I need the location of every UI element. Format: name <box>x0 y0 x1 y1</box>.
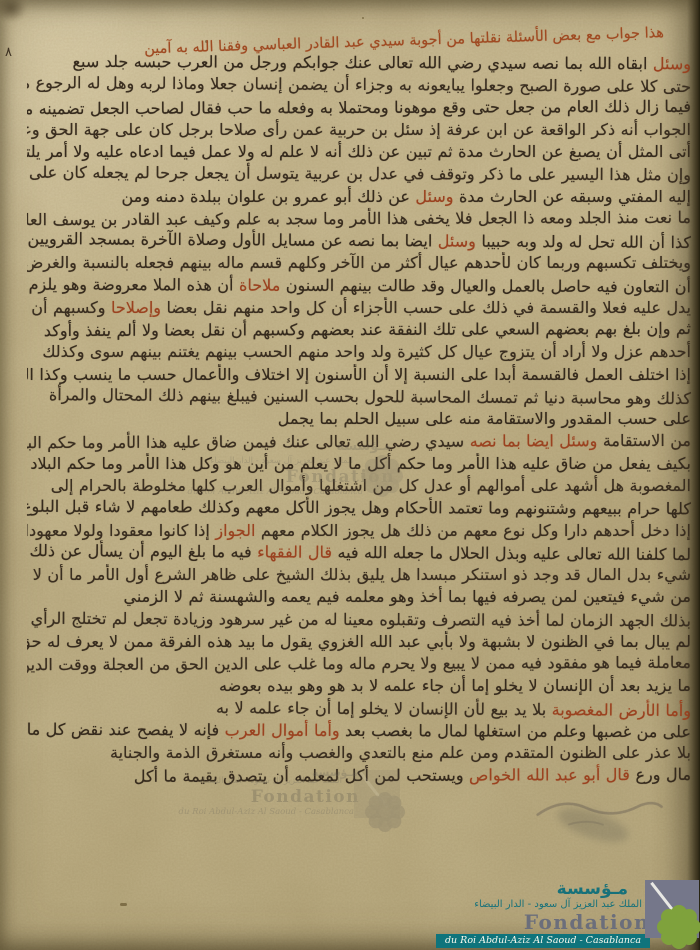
manuscript-line: معاملة فيما هو مفقود فيه ممن لا يبيع ولا… <box>27 652 691 677</box>
manuscript-line: ما يزيد بعد أن الإنسان لا يخلو إما أن جا… <box>27 675 691 697</box>
binding-edge <box>687 0 700 950</box>
manuscript-line: فيما زال ذلك العام من جعل حتى وقع موهونا… <box>27 95 691 120</box>
foundation-name-french: Fondation <box>524 910 650 934</box>
foundation-line2-french: du Roi Abdul-Aziz Al Saoud - Casablanca <box>436 934 650 948</box>
manuscript-line: وأما الأرض المغصوبة بلا يد بيع لأن الإنس… <box>27 696 691 722</box>
watermark-french-name: Fondation <box>251 787 360 807</box>
foundation-name-arabic: مـؤسسة <box>557 879 628 899</box>
manuscript-line: حتى كلا على صورة الصبح وجعلوا يبايعونه ب… <box>27 72 691 98</box>
manuscript-line: أن التعاون فيه حاصل بالعمل والعيال وقد ط… <box>27 273 691 298</box>
rosette-star-icon <box>365 792 405 832</box>
manuscript-line: إذا دخل أحدهم دارا وكل نوع معهم من ذلك ه… <box>27 520 691 542</box>
watermark-center: مـؤسسة الملك عبد العزيز آل سعود - الدار … <box>148 437 403 507</box>
manuscript-lines: وسئل ابقاه الله بما نصه سيدي رضي الله تع… <box>27 52 691 787</box>
manuscript-line: أحدهم عزل ولا أراد أن يتزوج عيال كل كثير… <box>27 341 691 363</box>
manuscript-line: ويختلف تكسبهم وربما كان لأحدهم عيال أكثر… <box>27 252 691 274</box>
watermark-arabic-line2: الملك عبد العزيز آل سعود - الدار البيضاء <box>210 456 353 466</box>
manuscript-line: كذلك وهو محاسبة دنيا ثم تمسك المحاسبة لل… <box>27 384 691 410</box>
manuscript-line: يدل عليه فعلا والقسمة في ذلك على حسب الأ… <box>27 297 691 319</box>
watermark-french-line2: du Roi Abdul-Aziz Al Saoud - Casablanca <box>188 487 363 497</box>
manuscript-line: أتى المثل أن يصبغ عن الحارث مدة ثم تبين … <box>27 141 691 163</box>
manuscript-page-scan: ٨ هذا جواب مع بعض الأسئلة نقلتها من أجوب… <box>0 0 700 950</box>
ink-speck <box>120 903 127 906</box>
rosette-star-icon <box>361 455 403 497</box>
manuscript-line: بذلك الجهد الزمان لما أخذ فيه التصرف وتق… <box>27 607 691 632</box>
ink-speck <box>362 17 364 19</box>
manuscript-line: ثم وإن بلغ بهم بعضهم السعي على تلك النفق… <box>27 318 691 343</box>
watermark-lower: مـؤسسة الملك عبد العزيز آل سعود - الدار … <box>110 768 402 840</box>
rosette-star-icon <box>657 905 700 949</box>
manuscript-line: شيء بدل المال قد وجد ذو استنكر مبسدا هل … <box>27 564 691 586</box>
folio-number: ٨ <box>5 45 12 60</box>
foundation-stamp: مـؤسسة الملك عبد العزيز آل سعود - الدار … <box>432 879 700 950</box>
manuscript-line: إليه المفتي وسبقه عن الحارث مدة وسئل عن … <box>27 186 691 208</box>
watermark-arabic-line2: الملك عبد العزيز آل سعود - الدار البيضاء <box>199 776 342 786</box>
manuscript-line: الجواب أنه ذكر الواقعة عن ابن عرفة إذ سئ… <box>27 119 691 141</box>
watermark-arabic-name: مـؤسسة <box>336 439 391 454</box>
manuscript-line: كذا أن الله تحل له ولد وبه حبيبا وسئل اي… <box>27 228 691 254</box>
watermark-french-line2: du Roi Abdul-Aziz Al Saoud - Casablanca <box>179 807 354 817</box>
manuscript-line: لما كلفنا الله تعالى عليه وبذل الحلال ما… <box>27 540 691 566</box>
manuscript-line: من شيء فيتعين لمن يصرفه فيها بما أخذ وهو… <box>27 586 691 608</box>
manuscript-line: لم يبال بما في الظنون لا بشبهة ولا بأبي … <box>27 631 691 653</box>
manuscript-line: بلا عذر على الظنون المتقدم ومن علم منع ب… <box>27 742 691 764</box>
foundation-line2-arabic: الملك عبد العزيز آل سعود - الدار البيضاء <box>474 899 642 910</box>
manuscript-line: إذا اختلف العمل فالقسمة أبدا على النسبة … <box>27 364 691 386</box>
manuscript-line: على من غصبها وعلم من استغلها لمال ما بغص… <box>27 719 691 744</box>
manuscript-line: على حسب المقدور والاستقامة منه على سبيل … <box>27 408 691 430</box>
manuscript-line: وإن مثل هذا اليسير على ما ذكر وتوقف في ع… <box>27 162 691 187</box>
corner-stain <box>0 0 27 22</box>
